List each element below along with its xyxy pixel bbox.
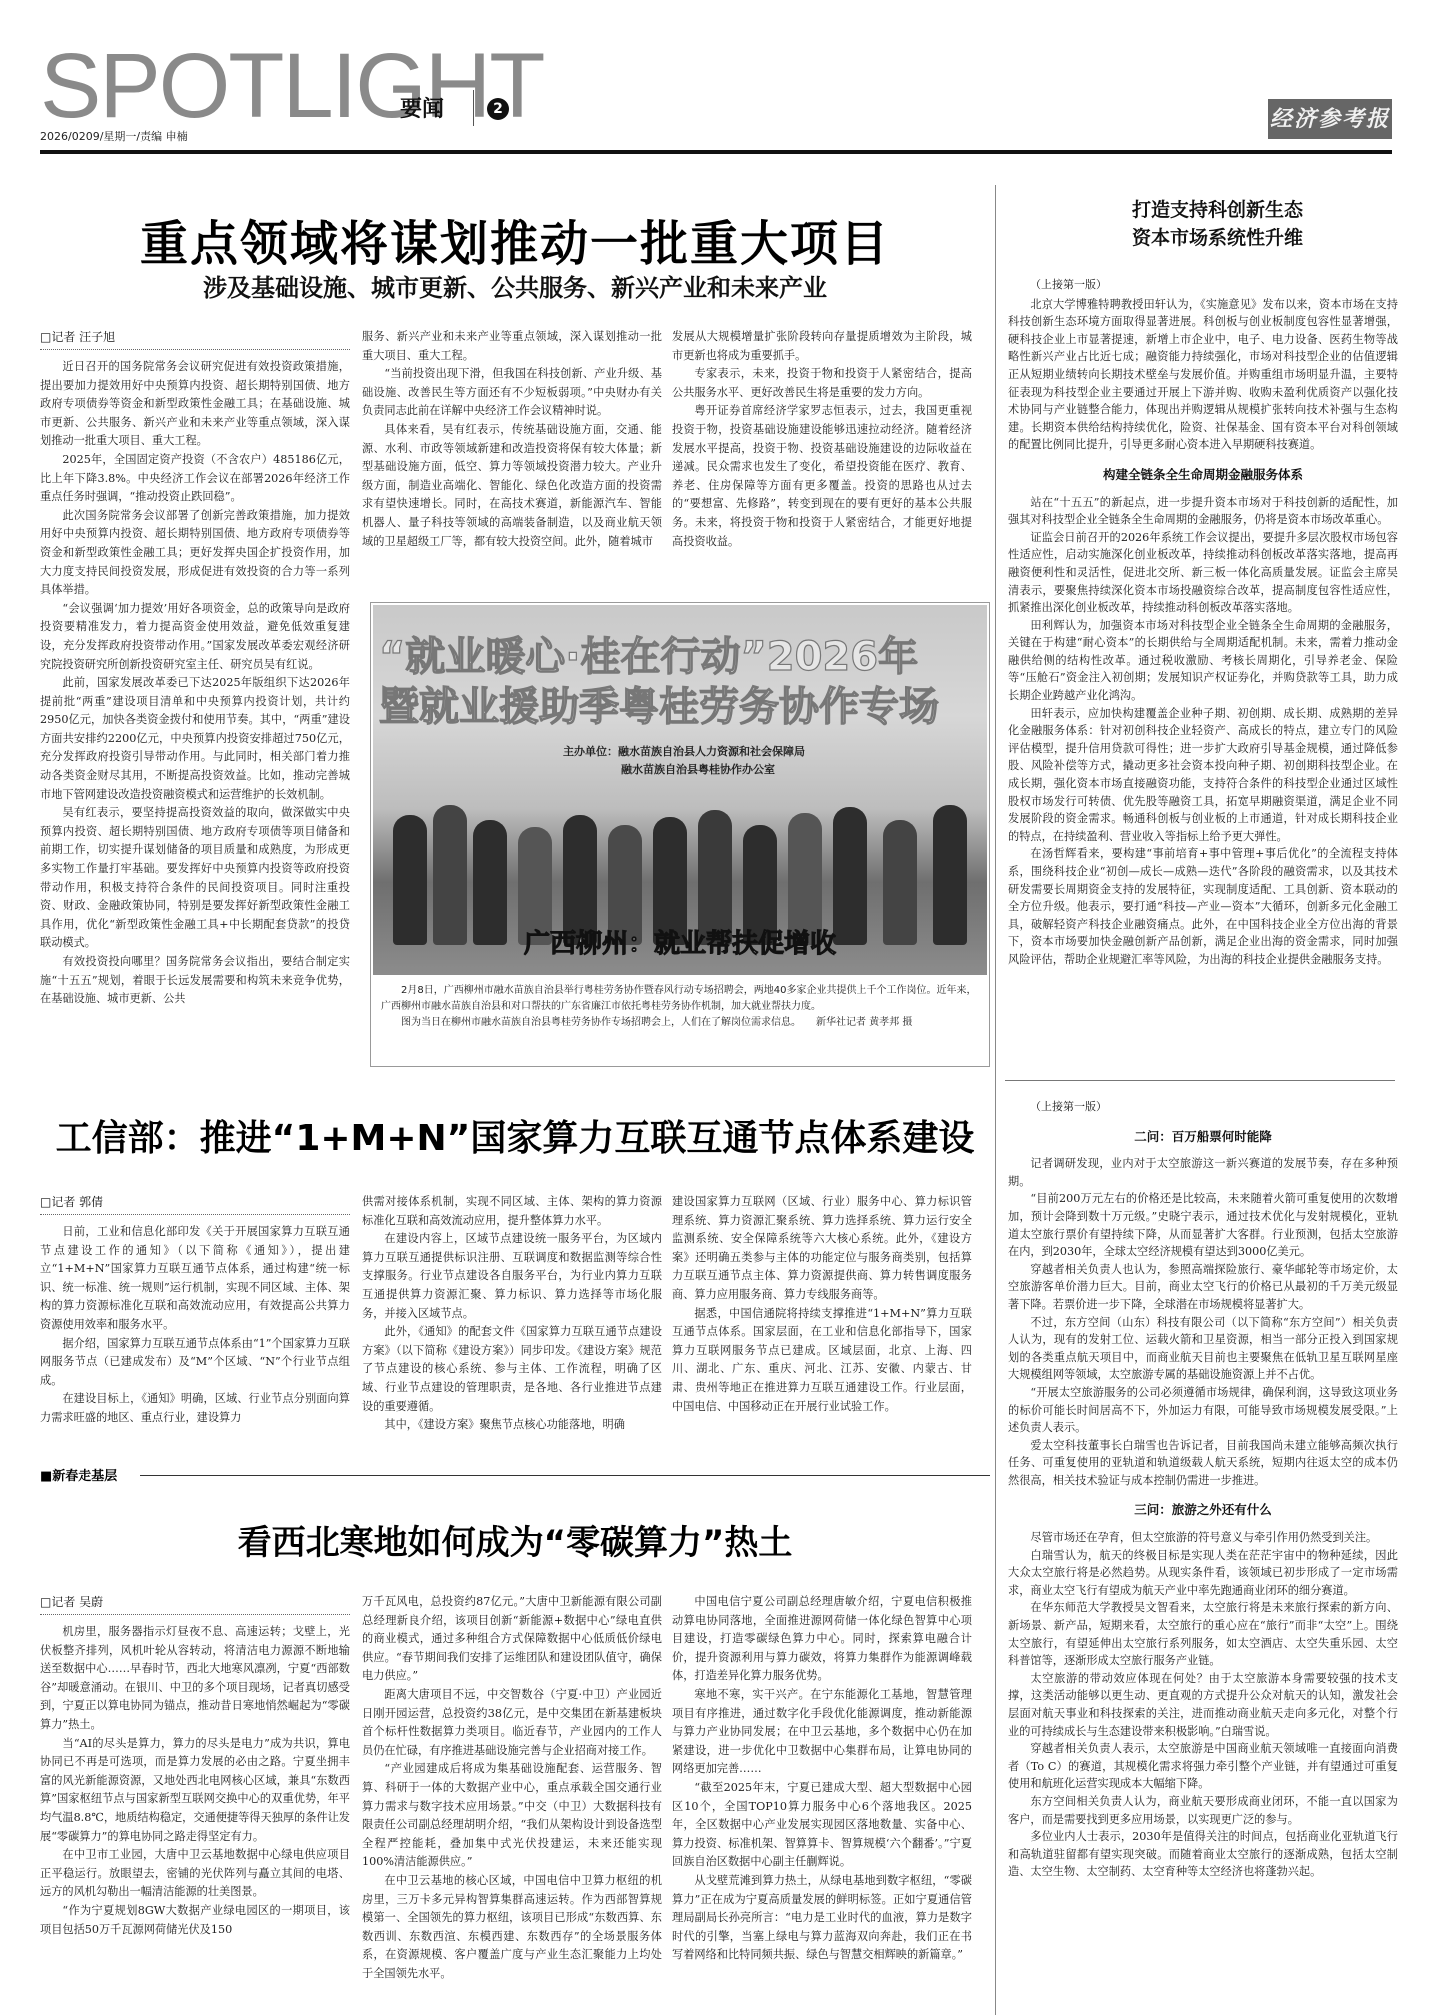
story3-col2: 万千瓦风电，总投资约87亿元。”大唐中卫新能源有限公司副总经理新良介绍，该项目创… bbox=[362, 1593, 662, 2003]
paragraph: 此次国务院常务会议部署了创新完善政策措施，加力提效用好中央预算内投资、超长期特别… bbox=[40, 507, 350, 600]
paragraph: 田利辉认为，加强资本市场对科技型企业全链条全生命周期的金融服务，关键在于构建“耐… bbox=[1008, 617, 1398, 705]
paragraph: “当前投资出现下滑，但我国在科技创新、产业升级、基础设施、改善民生等方面还有不少… bbox=[362, 365, 662, 421]
sidebar1-title-line2: 资本市场系统性升维 bbox=[1005, 224, 1430, 252]
masthead-divider bbox=[473, 90, 474, 126]
dateline: 2026/0209/星期一/责编 申楠 bbox=[40, 128, 188, 144]
photo-banner-line2: 暨就业援助季粤桂劳务协作专场 bbox=[379, 675, 939, 732]
sidebar2-body: （上接第一版） 二问：百万船票何时能降 记者调研发现，业内对于太空旅游这一新兴赛… bbox=[1008, 1098, 1398, 2013]
paragraph: “会议强调‘加力提效’用好各项资金，总的政策导向是政府投资要精准发力，着力提高资… bbox=[40, 600, 350, 674]
paragraph: 在中卫云基地的核心区域，中国电信中卫算力枢纽的机房里，三万卡多元异构智算集群高速… bbox=[362, 1872, 662, 1984]
paragraph: 2025年，全国固定资产投资（不含农户）485186亿元，比上年下降3.8%。中… bbox=[40, 451, 350, 507]
paragraph: “目前200万元左右的价格还是比较高，未来随着火箭可重复使用的次数增加，预计会降… bbox=[1008, 1190, 1398, 1260]
article-text: 机房里，服务器指示灯昼夜不息、高速运转；戈壁上，光伏板整齐排列，风机叶轮从容转动… bbox=[40, 1623, 350, 2016]
column-divider bbox=[995, 185, 996, 2015]
paragraph: 不过，东方空间（山东）科技有限公司（以下简称“东方空间”）相关负责人认为，现有的… bbox=[1008, 1314, 1398, 1384]
paragraph: 穿越者相关负责人表示，太空旅游是中国商业航天领域唯一直接面向消费者（To C）的… bbox=[1008, 1740, 1398, 1793]
sidebar1-subhead: 构建全链条全生命周期金融服务体系 bbox=[1008, 466, 1398, 484]
sidebar2-subhead2: 三问：旅游之外还有什么 bbox=[1008, 1501, 1398, 1519]
byline: □记者 汪子旭 bbox=[40, 328, 350, 350]
headline-story2: 工信部：推进“1+M+N”国家算力互联互通节点体系建设 bbox=[40, 1110, 990, 1161]
section-name: 要闻 bbox=[400, 92, 444, 123]
paragraph: 尽管市场还在孕育，但太空旅游的符号意义与牵引作用仍然受到关注。 bbox=[1008, 1529, 1398, 1547]
article-text: 近日召开的国务院常务会议研究促进有效投资政策措施，提出要加力提效用好中央预算内投… bbox=[40, 358, 350, 1078]
paragraph: “产业园建成后将成为集基础设施配套、运营服务、智算、科研于一体的大数据产业中心，… bbox=[362, 1760, 662, 1872]
subheadline-main: 涉及基础设施、城市更新、公共服务、新兴产业和未来产业 bbox=[40, 268, 990, 303]
sidebar1-title: 打造支持科创新生态 资本市场系统性升维 bbox=[1005, 196, 1430, 252]
paragraph: 万千瓦风电，总投资约87亿元。”大唐中卫新能源有限公司副总经理新良介绍，该项目创… bbox=[362, 1593, 662, 1686]
paragraph: 此前，国家发展改革委已下达2025年版组织下达2026年提前批“两重”建设项目清… bbox=[40, 674, 350, 804]
page-number-badge: 2 bbox=[487, 98, 509, 120]
paragraph: 服务、新兴产业和未来产业等重点领域，深入谋划推动一批重大项目、重大工程。 bbox=[362, 328, 662, 365]
masthead-title: SPOTLIGHT bbox=[40, 40, 543, 132]
paragraph: 专家表示，未来，投资于物和投资于人紧密结合，提高公共服务水平、更好改善民生将是重… bbox=[672, 365, 972, 402]
story2-col3: 建设国家算力互联网（区域、行业）服务中心、算力标识管理系统、算力资源汇聚系统、算… bbox=[672, 1193, 972, 1446]
sidebar1-body: （上接第一版） 北京大学博雅特聘教授田轩认为，《实施意见》发布以来，资本市场在支… bbox=[1008, 276, 1398, 1076]
paragraph: “截至2025年末，宁夏已建成大型、超大型数据中心园区10个，全国TOP10算力… bbox=[672, 1779, 972, 1872]
caption-paragraph: 2月8日，广西柳州市融水苗族自治县举行粤桂劳务协作暨春风行动专场招聘会，两地40… bbox=[381, 983, 981, 1015]
paragraph: 穿越者相关负责人也认为，参照高端探险旅行、豪华邮轮等市场定价，太空旅游客单价潜力… bbox=[1008, 1261, 1398, 1314]
photo-organizer-label: 主办单位：融水苗族自治县人力资源和社会保障局 融水苗族自治县粤桂协作办公室 bbox=[563, 743, 805, 779]
story3-col1: □记者 吴蔚 机房里，服务器指示灯昼夜不息、高速运转；戈壁上，光伏板整齐排列，风… bbox=[40, 1593, 350, 2016]
photo-overlay-title: 广西柳州：就业帮扶促增收 bbox=[373, 923, 987, 960]
paragraph: 记者调研发现，业内对于太空旅游这一新兴赛道的发展节奏，存在多种预期。 bbox=[1008, 1155, 1398, 1190]
paragraph: 具体来看，吴有红表示，传统基础设施方面，交通、能源、水利、市政等领域新建和改造投… bbox=[362, 421, 662, 551]
paragraph: 太空旅游的带动效应体现在何处？由于太空旅游本身需要较强的技术支撑，这类活动能够以… bbox=[1008, 1670, 1398, 1740]
story2-col2: 供需对接体系机制，实现不同区域、主体、架构的算力资源标准化互联和高效流动应用，提… bbox=[362, 1193, 662, 1446]
paragraph: 证监会日前召开的2026年系统工作会议提出，要提升多层次股权市场包容性适应性，启… bbox=[1008, 529, 1398, 617]
paragraph: 距离大唐项目不远，中交智数谷（宁夏·中卫）产业园近日刚开园运营，总投资约38亿元… bbox=[362, 1686, 662, 1760]
byline: □记者 吴蔚 bbox=[40, 1593, 350, 1615]
paragraph: 近日召开的国务院常务会议研究促进有效投资政策措施，提出要加力提效用好中央预算内投… bbox=[40, 358, 350, 451]
continued-tag: （上接第一版） bbox=[1030, 1098, 1398, 1116]
news-photo: “就业暖心·桂在行动”2026年 暨就业援助季粤桂劳务协作专场 主办单位：融水苗… bbox=[373, 605, 987, 975]
sidebar1-title-line1: 打造支持科创新生态 bbox=[1005, 196, 1430, 224]
paragraph: 田轩表示，应加快构建覆盖企业种子期、初创期、成长期、成熟期的差异化金融服务体系：… bbox=[1008, 705, 1398, 846]
paragraph: 机房里，服务器指示灯昼夜不息、高速运转；戈壁上，光伏板整齐排列，风机叶轮从容转动… bbox=[40, 1623, 350, 1735]
sidebar2-subhead1: 二问：百万船票何时能降 bbox=[1008, 1128, 1398, 1146]
paragraph: 有效投资投向哪里？国务院常务会议指出，要结合制定实施“十五五”规划，着眼于长远发… bbox=[40, 953, 350, 1009]
paragraph: 寒地不寒，实干兴产。在宁东能源化工基地，智慧管理项目有序推进，通过数字化手段优化… bbox=[672, 1686, 972, 1779]
story1-col2: 服务、新兴产业和未来产业等重点领域，深入谋划推动一批重大项目、重大工程。 “当前… bbox=[362, 328, 662, 588]
paragraph: 在华东师范大学教授吴文智看来，太空旅行将是未来旅行探索的新方向、新场景、新产品，… bbox=[1008, 1599, 1398, 1669]
section-rubric: ■新春走基层 bbox=[40, 1465, 117, 1484]
paragraph: 发展从大规模增量扩张阶段转向存量提质增效为主阶段，城市更新也将成为重要抓手。 bbox=[672, 328, 972, 365]
sidebar-divider bbox=[1005, 1080, 1395, 1081]
photo-banner-line1: “就业暖心·桂在行动”2026年 bbox=[379, 625, 918, 682]
paragraph: “开展太空旅游服务的公司必须遵循市场规律，确保利润，这导致这项业务的标价可能长时… bbox=[1008, 1384, 1398, 1437]
paragraph: 吴有红表示，要坚持提高投资效益的取向，做深做实中央预算内投资、超长期特别国债、地… bbox=[40, 804, 350, 953]
paragraph: 粤开证券首席经济学家罗志恒表示，过去，我国更重视投资于物，投资基础设施建设能够迅… bbox=[672, 402, 972, 551]
paragraph: 东方空间相关负责人认为，商业航天要形成商业闭环，不能一直以国家为客户，而是需要找… bbox=[1008, 1793, 1398, 1828]
rubric-rule bbox=[140, 1475, 990, 1476]
paragraph: 北京大学博雅特聘教授田轩认为，《实施意见》发布以来，资本市场在支持科技创新生态环… bbox=[1008, 296, 1398, 454]
paragraph: 爱太空科技董事长白瑞雪也告诉记者，目前我国尚未建立能够高频次执行任务、可重复使用… bbox=[1008, 1437, 1398, 1490]
paragraph: 中国电信宁夏公司副总经理唐敏介绍，宁夏电信积极推动算电协同落地，全面推进源网荷储… bbox=[672, 1593, 972, 1686]
paragraph: 在汤哲辉看来，要构建“事前培育+事中管理+事后优化”的全流程支持体系，围绕科技企… bbox=[1008, 845, 1398, 968]
paragraph: 日前，工业和信息化部印发《关于开展国家算力互联互通节点建设工作的通知》（以下简称… bbox=[40, 1223, 350, 1335]
story3-col3: 中国电信宁夏公司副总经理唐敏介绍，宁夏电信积极推动算电协同落地，全面推进源网荷储… bbox=[672, 1593, 972, 2003]
newspaper-logo: 经济参考报 bbox=[1268, 99, 1392, 139]
paragraph: 在中卫市工业园，大唐中卫云基地数据中心绿电供应项目正平稳运行。放眼望去，密铺的光… bbox=[40, 1846, 350, 1902]
paragraph: 其中，《建设方案》聚焦节点核心功能落地，明确 bbox=[362, 1416, 662, 1435]
story1-col1: □记者 汪子旭 近日召开的国务院常务会议研究促进有效投资政策措施，提出要加力提效… bbox=[40, 328, 350, 1078]
organizer-line1: 主办单位：融水苗族自治县人力资源和社会保障局 bbox=[563, 743, 805, 761]
header-rule bbox=[40, 150, 1392, 154]
paragraph: 据悉，中国信通院将持续支撑推进“1+M+N”算力互联互通节点体系。国家层面，在工… bbox=[672, 1305, 972, 1417]
paragraph: 在建设内容上，区域节点建设统一服务平台，为区域内算力互联互通提供标识注册、互联调… bbox=[362, 1230, 662, 1323]
photo-caption: 2月8日，广西柳州市融水苗族自治县举行粤桂劳务协作暨春风行动专场招聘会，两地40… bbox=[381, 983, 981, 1031]
story2-col1: □记者 郭倩 日前，工业和信息化部印发《关于开展国家算力互联互通节点建设工作的通… bbox=[40, 1193, 350, 1468]
paragraph: “作为宁夏规划8GW大数据产业绿电园区的一期项目，该项目包括50万千瓦源网荷储光… bbox=[40, 1902, 350, 1939]
paragraph: 从戈壁荒滩到算力热土，从绿电基地到数字枢纽，“零碳算力”正在成为宁夏高质量发展的… bbox=[672, 1872, 972, 1965]
byline: □记者 郭倩 bbox=[40, 1193, 350, 1215]
paragraph: 多位业内人士表示，2030年是值得关注的时间点，包括商业化亚轨道飞行和高轨道驻留… bbox=[1008, 1828, 1398, 1881]
story1-col3: 发展从大规模增量扩张阶段转向存量提质增效为主阶段，城市更新也将成为重要抓手。 专… bbox=[672, 328, 972, 588]
news-photo-box: “就业暖心·桂在行动”2026年 暨就业援助季粤桂劳务协作专场 主办单位：融水苗… bbox=[370, 602, 990, 1067]
paragraph: 供需对接体系机制，实现不同区域、主体、架构的算力资源标准化互联和高效流动应用，提… bbox=[362, 1193, 662, 1230]
paragraph: 据介绍，国家算力互联互通节点体系由“1”个国家算力互联网服务节点（已建成发布）及… bbox=[40, 1335, 350, 1391]
paragraph: 建设国家算力互联网（区域、行业）服务中心、算力标识管理系统、算力资源汇聚系统、算… bbox=[672, 1193, 972, 1305]
caption-paragraph: 图为当日在柳州市融水苗族自治县粤桂劳务协作专场招聘会上，人们在了解岗位需求信息。… bbox=[381, 1015, 981, 1031]
continued-tag: （上接第一版） bbox=[1030, 276, 1398, 294]
paragraph: 站在“十五五”的新起点，进一步提升资本市场对于科技创新的适配性，加强其对科技型企… bbox=[1008, 494, 1398, 529]
paragraph: 此外，《通知》的配套文件《国家算力互联互通节点建设方案》（以下简称《建设方案》）… bbox=[362, 1323, 662, 1416]
headline-main: 重点领域将谋划推动一批重大项目 bbox=[40, 205, 990, 274]
paragraph: 当“AI的尽头是算力，算力的尽头是电力”成为共识，算电协同已不再是可选项，而是算… bbox=[40, 1735, 350, 1847]
paragraph: 在建设目标上，《通知》明确，区域、行业节点分别面向算力需求旺盛的地区、重点行业，… bbox=[40, 1390, 350, 1427]
paragraph: 白瑞雪认为，航天的终极目标是实现人类在茫茫宇宙中的物种延续，因此大众太空旅行将是… bbox=[1008, 1547, 1398, 1600]
headline-story3: 看西北寒地如何成为“零碳算力”热土 bbox=[40, 1515, 990, 1564]
article-text: 日前，工业和信息化部印发《关于开展国家算力互联互通节点建设工作的通知》（以下简称… bbox=[40, 1223, 350, 1468]
